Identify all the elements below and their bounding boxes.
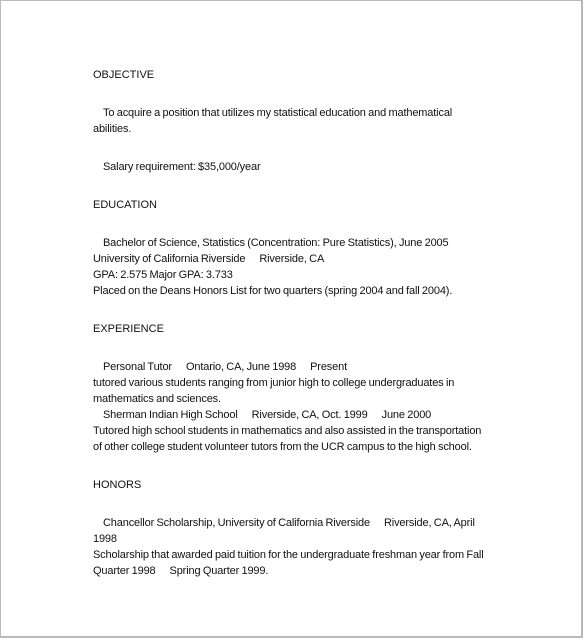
honors-section: HONORS Chancellor Scholarship, Universit…: [93, 477, 513, 579]
job-1-location-date: Ontario, CA, June 1998: [186, 361, 296, 373]
job-2-title-line: Sherman Indian High SchoolRiverside, CA,…: [93, 407, 513, 423]
job-2-location-date: Riverside, CA, Oct. 1999: [252, 409, 368, 421]
honor-1-desc-line-1: Scholarship that awarded paid tuition fo…: [93, 547, 513, 563]
deans-list-line: Placed on the Deans Honors List for two …: [93, 283, 513, 299]
salary-requirement: Salary requirement: $35,000/year: [93, 159, 513, 175]
document-page: OBJECTIVE To acquire a position that uti…: [0, 0, 583, 638]
job-2-desc-line-2: of other college student volunteer tutor…: [93, 439, 513, 455]
gpa-line: GPA: 2.575 Major GPA: 3.733: [93, 267, 513, 283]
honor-1-location-date: Riverside, CA, April: [384, 517, 475, 529]
job-1-end-date: Present: [310, 361, 347, 373]
job-1-title: Personal Tutor: [103, 361, 172, 373]
honor-1-end: Spring Quarter 1999.: [170, 565, 269, 577]
honor-1-start: Quarter 1998: [93, 565, 156, 577]
honor-1-year: 1998: [93, 531, 513, 547]
job-2-end-date: June 2000: [382, 409, 432, 421]
honor-1-title-line: Chancellor Scholarship, University of Ca…: [93, 515, 513, 531]
experience-heading: EXPERIENCE: [93, 321, 513, 337]
job-1-title-line: Personal TutorOntario, CA, June 1998Pres…: [93, 359, 513, 375]
education-section: EDUCATION Bachelor of Science, Statistic…: [93, 197, 513, 299]
resume-content: OBJECTIVE To acquire a position that uti…: [93, 67, 513, 579]
honor-1-title: Chancellor Scholarship, University of Ca…: [103, 517, 370, 529]
job-2-desc-line-1: Tutored high school students in mathemat…: [93, 423, 513, 439]
objective-text-line-2: abilities.: [93, 121, 513, 137]
university-name: University of California Riverside: [93, 253, 245, 265]
education-heading: EDUCATION: [93, 197, 513, 213]
experience-section: EXPERIENCE Personal TutorOntario, CA, Ju…: [93, 321, 513, 455]
objective-section: OBJECTIVE To acquire a position that uti…: [93, 67, 513, 175]
objective-text-line-1: To acquire a position that utilizes my s…: [93, 105, 513, 121]
job-1-desc-line-1: tutored various students ranging from ju…: [93, 375, 513, 391]
university-line: University of California RiversideRivers…: [93, 251, 513, 267]
degree-line: Bachelor of Science, Statistics (Concent…: [93, 235, 513, 251]
objective-heading: OBJECTIVE: [93, 67, 513, 83]
honor-1-desc-line-2: Quarter 1998Spring Quarter 1999.: [93, 563, 513, 579]
university-location: Riverside, CA: [259, 253, 324, 265]
honors-heading: HONORS: [93, 477, 513, 493]
job-1-desc-line-2: mathematics and sciences.: [93, 391, 513, 407]
job-2-title: Sherman Indian High School: [103, 409, 238, 421]
